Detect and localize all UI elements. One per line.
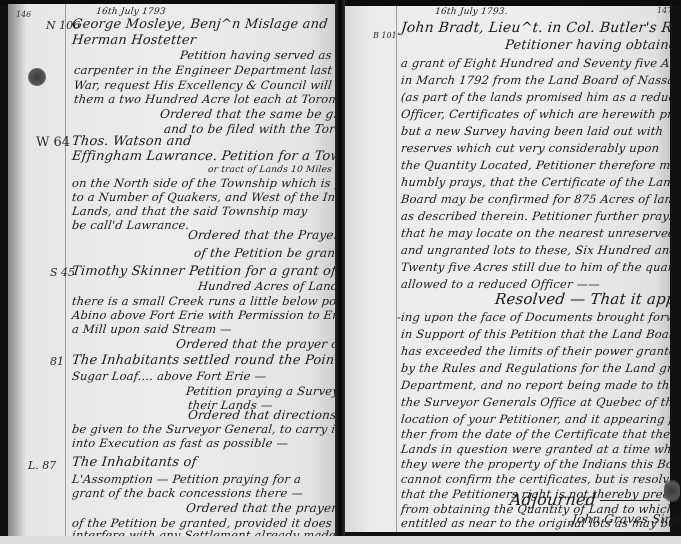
- entry-line: Petition praying a Survey of: [185, 384, 335, 398]
- entry-line: War, request His Excellency & Council wi…: [73, 78, 335, 92]
- margin-rule: [396, 6, 397, 532]
- entry-line: Hundred Acres of Land where: [197, 279, 335, 293]
- entry-ref: W 64: [36, 135, 70, 150]
- entry-line: (as part of the lands promised him as a …: [400, 90, 670, 104]
- closing-rule: [600, 500, 660, 501]
- entry-line: but a new Survey having been laid out wi…: [400, 124, 664, 138]
- entry-line: The Inhabitants of: [71, 455, 197, 470]
- entry-line: Board may be confirmed for 875 Acres of …: [400, 192, 670, 206]
- order-line: Ordered that directions: [187, 408, 335, 422]
- page-edge-shadow: [8, 4, 26, 538]
- entry-line: as described therein. Petitioner further…: [400, 209, 670, 223]
- order-line: into Execution as fast as possible —: [71, 436, 289, 450]
- resolved-heading: Resolved — That it appear: [494, 290, 670, 308]
- entry-ref: 81: [50, 355, 64, 368]
- entry-ref: B 101: [373, 31, 397, 40]
- entry-line: and ungranted lots to these, Six Hundred…: [400, 243, 670, 257]
- date-header: 16th July 1793.: [434, 7, 508, 17]
- entry-line: or tract of Lands 10 Miles sq.: [207, 165, 335, 175]
- resolution-line: ther from the date of the Certificate th…: [400, 427, 670, 441]
- entry-line: that he may locate on the nearest unrese…: [400, 226, 670, 240]
- ledger-spread: 146 16th July 1793 N 106 George Mosleye,…: [0, 0, 681, 544]
- right-page: 147 16th July 1793. B 101 John Bradt, Li…: [345, 6, 670, 532]
- order-line: Ordered that the prayer of Petit. be gra…: [175, 337, 335, 351]
- order-line: Ordered that the same be granted: [159, 107, 335, 121]
- entry-line: in March 1792 from the Land Board of Nas…: [400, 73, 670, 87]
- signature: John Graves Simcoe: [571, 512, 681, 526]
- entry-line: Timothy Skinner Petition for a grant of …: [71, 264, 335, 279]
- entry-line: John Bradt, Lieu^t. in Col. Butler's Ran…: [400, 20, 670, 36]
- entry-line: Sugar Loaf.... above Fort Erie —: [71, 369, 267, 383]
- entry-line: a Mill upon said Stream —: [71, 322, 232, 336]
- book-gutter: [335, 0, 345, 544]
- entry-line: Thos. Watson and: [71, 134, 192, 149]
- entry-line: to a Number of Quakers, and West of the …: [71, 190, 335, 204]
- entry-line: George Mosleye, Benj^n Mislage and: [71, 17, 328, 32]
- entry-line: Lands, and that the said Township may: [71, 204, 308, 218]
- entry-line: be call'd Lawrance.: [71, 218, 190, 232]
- resolution-line: Department, and no report being made to …: [400, 378, 670, 392]
- resolution-line: cannot confirm the certificates, but is …: [400, 472, 670, 486]
- resolution-line: location of your Petitioner, and it appe…: [400, 412, 670, 426]
- resolution-line: -ing upon the face of Documents brought …: [396, 310, 670, 324]
- order-line: Ordered that the prayer: [185, 501, 335, 515]
- resolution-line: by the Rules and Regulations for the Lan…: [400, 361, 670, 375]
- entry-line: them a two Hundred Acre lot each at Toro…: [73, 92, 335, 106]
- entry-line: Effingham Lawrance. Petition for a Towns…: [71, 149, 335, 164]
- entry-line: Twenty five Acres still due to him of th…: [400, 260, 670, 274]
- entry-line: Petitioner having obtained: [504, 38, 670, 53]
- resolution-line: they were the property of the Indians th…: [400, 457, 670, 471]
- left-page: 146 16th July 1793 N 106 George Mosleye,…: [8, 4, 335, 538]
- entry-line: carpenter in the Engineer Department las…: [73, 63, 333, 77]
- adjourned-label: Adjourned: [509, 490, 597, 509]
- entry-line: there is a small Creek runs a little bel…: [71, 294, 335, 308]
- resolution-line: has exceeded the limits of their power g…: [400, 344, 670, 358]
- entry-line: the Quantity Located, Petitioner therefo…: [400, 158, 670, 172]
- order-line: of the Petition be granted: [193, 246, 335, 260]
- entry-ref: L. 87: [28, 459, 56, 472]
- entry-line: Abino above Fort Erie with Permission to…: [71, 308, 335, 322]
- page-number: 146: [16, 10, 31, 19]
- entry-line: allowed to a reduced Officer ——: [400, 277, 601, 291]
- resolution-line: Lands in question were granted at a time…: [400, 442, 670, 456]
- entry-line: humbly prays, that the Certificate of th…: [400, 175, 670, 189]
- date-header: 16th July 1793: [95, 7, 166, 17]
- entry-line: a grant of Eight Hundred and Seventy fiv…: [400, 56, 670, 70]
- order-line: be given to the Surveyor General, to car…: [71, 422, 335, 436]
- entry-line: Herman Hostetter: [71, 33, 197, 48]
- entry-line: on the North side of the Township which …: [71, 176, 335, 190]
- entry-line: The Inhabitants settled round the Point …: [71, 353, 335, 368]
- order-line: Ordered that the Prayer: [187, 228, 335, 242]
- clip-shadow: [664, 480, 680, 502]
- entry-line: Petition having served as: [179, 48, 332, 62]
- entry-line: grant of the back concessions there —: [71, 486, 304, 500]
- scan-bottom-edge: [0, 536, 681, 544]
- resolution-line: in Support of this Petition that the Lan…: [400, 327, 670, 341]
- entry-line: L'Assomption — Petition praying for a: [71, 472, 302, 486]
- resolution-line: the Surveyor Generals Office at Quebec o…: [400, 395, 670, 409]
- entry-line: Officer, Certificates of which are herew…: [400, 107, 670, 121]
- entry-line: reserves which cut very considerably upo…: [400, 141, 660, 155]
- ink-blot: [28, 68, 46, 86]
- page-number: 147: [657, 6, 670, 15]
